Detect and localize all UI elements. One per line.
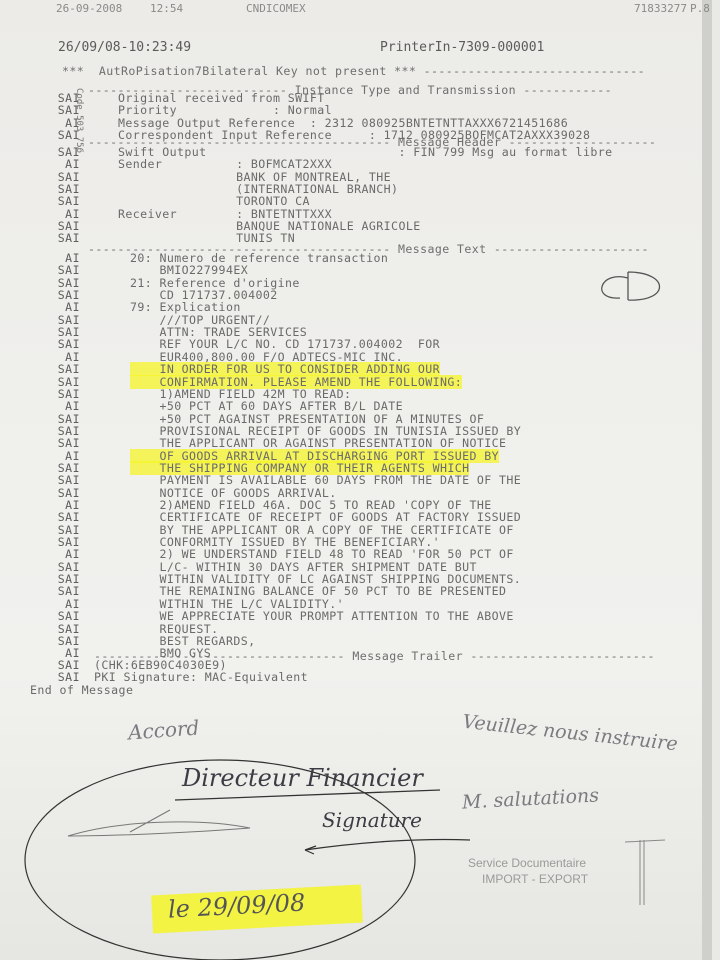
stamp-line2: IMPORT - EXPORT: [482, 872, 588, 886]
handwritten-director: Directeur Financier: [182, 764, 423, 792]
handwritten-signature: Signature: [322, 808, 422, 832]
handwritten-accord: Accord: [127, 716, 200, 745]
fax-page: 26-09-2008 12:54 CNDICOMEX 71833277 P.8 …: [0, 0, 712, 960]
stamp-line1: Service Documentaire: [468, 856, 586, 870]
